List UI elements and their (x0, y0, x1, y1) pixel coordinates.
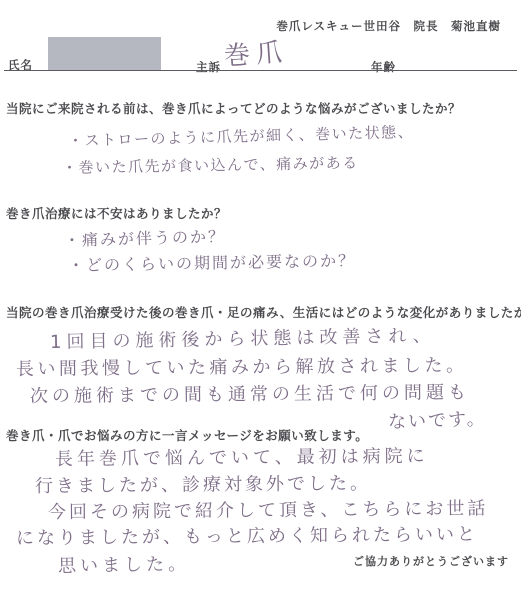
answer-3-line-2: 長い間我慢していた痛みから解放されました。 (16, 351, 468, 381)
header-underline (4, 70, 517, 71)
answer-4-line-4: になりましたが、もっと広めく知られたらいいと (16, 520, 478, 550)
chief-complaint-handwritten: 巻爪 (223, 32, 289, 73)
answer-1-line-2: ・巻いた爪先が食い込んで、痛みがある (62, 152, 359, 178)
answer-4-line-2: 行きましたが、診療対象外でした。 (35, 469, 371, 498)
question-2-label: 巻き爪治療には不安はありましたか？ (6, 204, 227, 222)
answer-2-line-2: ・どのくらいの期間が必要なのか？ (68, 248, 356, 276)
clinic-name-header: 巻爪レスキュー世田谷 院長 菊池直樹 (276, 18, 501, 34)
footer-thanks: ご協力ありがとうございます (353, 553, 509, 569)
chief-complaint-label: 主訴 (196, 59, 221, 75)
answer-3-line-3: 次の施術までの間も通常の生活で何の問題も (30, 378, 470, 408)
name-redaction-box (48, 37, 161, 70)
question-1-label: 当院にご来院される前は、巻き爪によってどのような悩みがございましたか？ (6, 99, 461, 117)
answer-1-line-1: ・ストローのように爪先が細く、巻いた状態、 (68, 121, 415, 151)
age-label: 年齢 (371, 59, 396, 75)
questionnaire-page: 巻爪レスキュー世田谷 院長 菊池直樹 氏名 主訴 巻爪 年齢 当院にご来院される… (0, 0, 521, 600)
answer-4-line-1: 長年巻爪で悩んでいて、最初は病院に (55, 442, 429, 471)
answer-4-line-5: 思いました。 (58, 550, 190, 578)
question-4-label: 巻き爪・爪でお悩みの方に一言メッセージをお願い致します。 (6, 426, 368, 444)
answer-3-line-4: ないです。 (388, 405, 487, 434)
answer-2-line-1: ・痛みが伴うのか？ (64, 224, 227, 251)
answer-3-line-1: 1回目の施術後から状態は改善され、 (50, 321, 436, 354)
question-3-label: 当院の巻き爪治療受けた後の巻き爪・足の痛み、生活にはどのような変化がありましたか… (6, 303, 521, 321)
